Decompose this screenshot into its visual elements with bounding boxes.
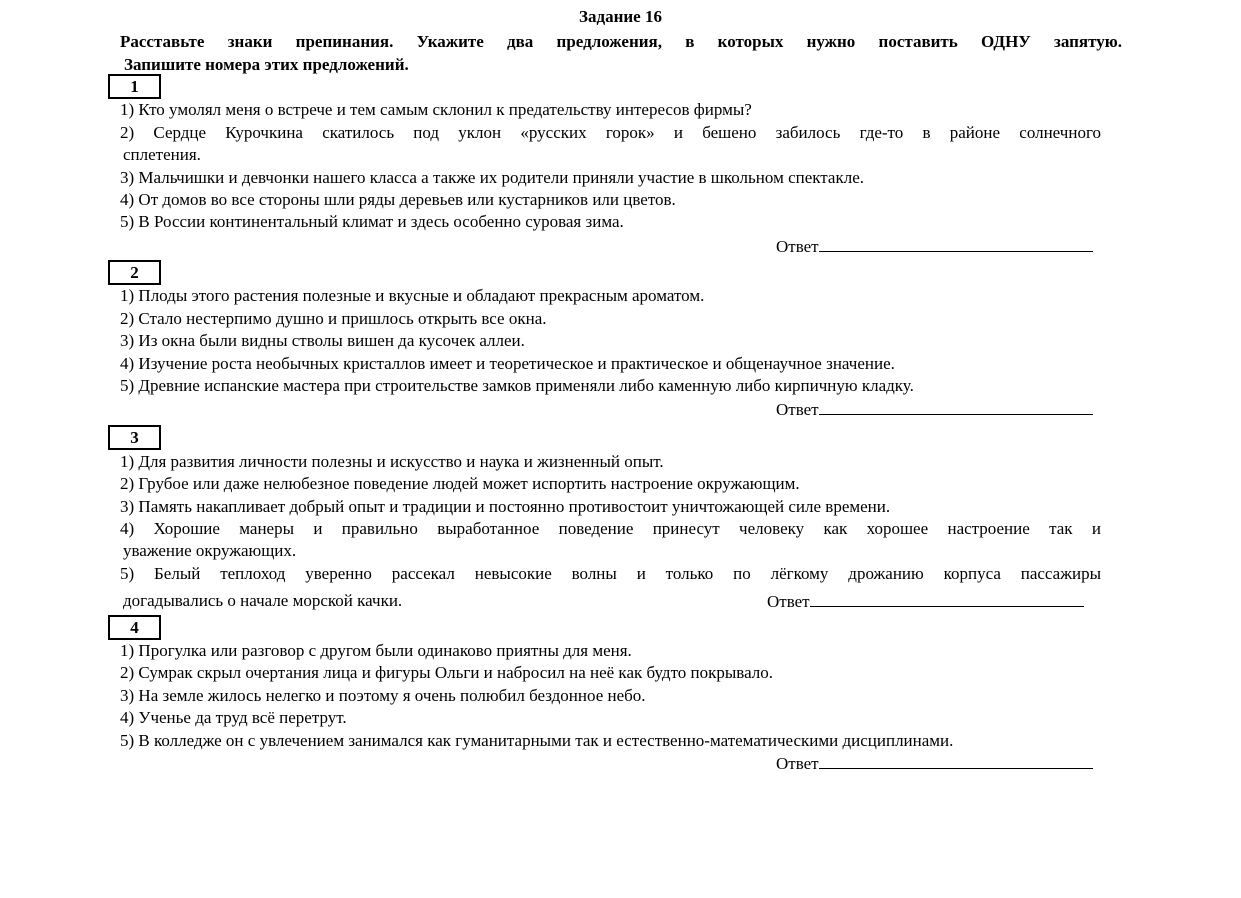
answer-field[interactable]: Ответ	[776, 398, 1093, 421]
instruction: Расставьте знаки препинания. Укажите два…	[120, 30, 1122, 76]
sentence: 4) Изучение роста необычных кристаллов и…	[120, 353, 1101, 375]
answer-label: Ответ	[776, 400, 819, 419]
sentence: 3) На земле жилось нелегко и поэтому я о…	[120, 685, 1101, 707]
instruction-line-1: Расставьте знаки препинания. Укажите два…	[120, 30, 1122, 53]
sentence: 5) Древние испанские мастера при строите…	[120, 375, 1101, 397]
answer-field[interactable]: Ответ	[767, 590, 1084, 613]
sentence: 4) От домов во все стороны шли ряды дере…	[120, 189, 1101, 211]
answer-line[interactable]	[819, 398, 1093, 415]
sentence-continuation: уважение окружающих.	[123, 540, 296, 562]
sentence: 5) В колледже он с увлечением занимался …	[120, 730, 1101, 752]
answer-label: Ответ	[776, 754, 819, 773]
sentence: 1) Плоды этого растения полезные и вкусн…	[120, 285, 1101, 307]
sentence: 2) Грубое или даже нелюбезное поведение …	[120, 473, 1101, 495]
sentence: 5) Белый теплоход уверенно рассекал невы…	[120, 563, 1101, 585]
task-number-box: 4	[108, 615, 161, 640]
sentence: 3) Память накапливает добрый опыт и трад…	[120, 496, 1101, 518]
answer-field[interactable]: Ответ	[776, 235, 1093, 258]
sentence: 2) Сумрак скрыл очертания лица и фигуры …	[120, 662, 1101, 684]
sentence-continuation: сплетения.	[123, 144, 201, 166]
task-number-box: 1	[108, 74, 161, 99]
task-number-box: 3	[108, 425, 161, 450]
task-number-box: 2	[108, 260, 161, 285]
answer-line[interactable]	[819, 235, 1093, 252]
sentence: 2) Стало нестерпимо душно и пришлось отк…	[120, 308, 1101, 330]
sentence: 3) Из окна были видны стволы вишен да ку…	[120, 330, 1101, 352]
sentence: 1) Кто умолял меня о встрече и тем самым…	[120, 99, 1101, 121]
instruction-line-2: Запишите номера этих предложений.	[120, 53, 1122, 76]
sentence: 1) Прогулка или разговор с другом были о…	[120, 640, 1101, 662]
answer-line[interactable]	[819, 752, 1093, 769]
answer-field[interactable]: Ответ	[776, 752, 1093, 775]
sentence: 1) Для развития личности полезны и искус…	[120, 451, 1101, 473]
sentence: 5) В России континентальный климат и зде…	[120, 211, 1101, 233]
page-title: Задание 16	[0, 7, 1241, 27]
sentence: 2) Сердце Курочкина скатилось под уклон …	[120, 122, 1101, 144]
answer-label: Ответ	[767, 592, 810, 611]
sentence: 4) Хорошие манеры и правильно выработанн…	[120, 518, 1101, 540]
sentence-continuation: догадывались о начале морской качки.	[123, 590, 402, 612]
answer-line[interactable]	[810, 590, 1084, 607]
sentence: 4) Ученье да труд всё перетрут.	[120, 707, 1101, 729]
answer-label: Ответ	[776, 237, 819, 256]
sentence: 3) Мальчишки и девчонки нашего класса а …	[120, 167, 1101, 189]
